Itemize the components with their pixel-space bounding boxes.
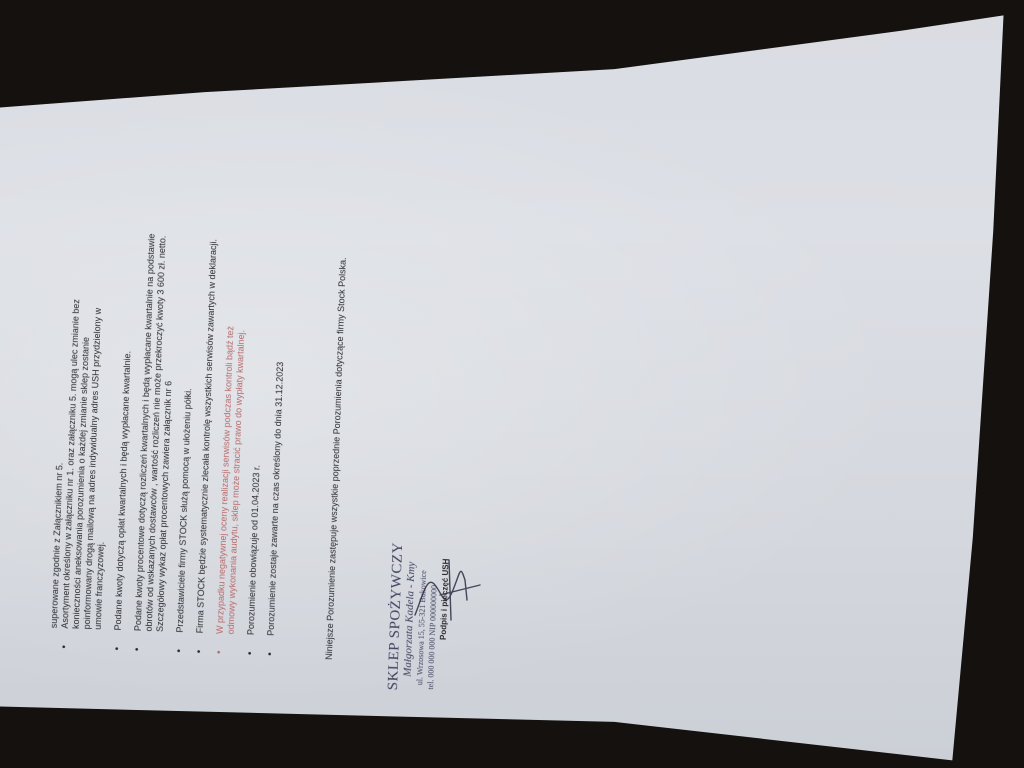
handwritten-signature [405, 555, 485, 625]
document-body: superowane zgodnie z Załącznikiem nr 5. … [48, 130, 353, 660]
